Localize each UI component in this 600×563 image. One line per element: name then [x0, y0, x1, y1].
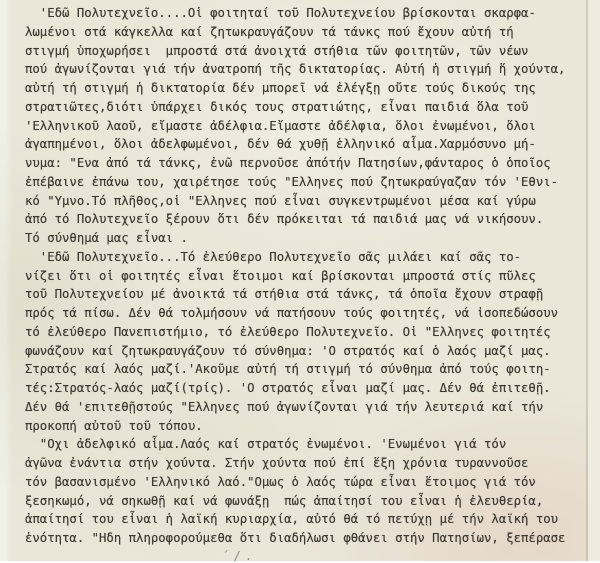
text-line: πού ἀγωνίζονται γιά τήν ἀνατροπή τῆς δικ… [25, 60, 590, 79]
text-line: ἀπό τό Πολυτεχνεῖο ξέρουν ὅτι δέν πρόκει… [25, 210, 590, 229]
text-line: ἀπαίτησί του εἶναι ἡ λαϊκή κυριαρχία, αὐ… [25, 510, 590, 529]
typewritten-text-block: 'Εδῶ Πολυτεχνεῖο....Οἱ φοιτηταί τοῦ Πολυ… [25, 4, 590, 548]
text-line: "Οχι ἀδελφικό αἷμα.Λαός καί στρατός ἐνωμ… [25, 435, 590, 454]
text-line: τοῦ Πολυτεχνείου μέ ἀνοικτά τά στήθια στ… [25, 285, 590, 304]
text-line: λωμένοι στά κάγκελλα καί ζητωκραυγάζουν … [25, 23, 590, 42]
text-line: κό "Υμνο.Τό πλῆθος,οἱ "Ελληνες πού εἶναι… [25, 192, 590, 211]
text-line: ἀγαπημένοι, ὅλοι ἀδελφωμένοι, δέν θά χυθ… [25, 135, 590, 154]
text-line: στιγμή ὑποχωρήσει μπροστά στά ἀνοιχτά στ… [25, 42, 590, 61]
scanned-document-page: 'Εδῶ Πολυτεχνεῖο....Οἱ φοιτηταί τοῦ Πολυ… [0, 0, 600, 561]
text-line: ξεσηκωμό, νά σηκωθῇ καί νά φωνάξῃ πώς ἀπ… [25, 492, 590, 511]
text-line: νίζει ὅτι οἱ φοιτητές εἶναι ἕτοιμοι καί … [25, 267, 590, 286]
text-line: πρός τά πίσω. Δέν θά τολμήσουν νά πατήσο… [25, 304, 590, 323]
cutoff-next-line-marks: ´/. [222, 549, 256, 561]
text-line: νυμα: "Ενα ἀπό τά τάνκς, ἐνῶ περνοῦσε ἀπ… [25, 154, 590, 173]
text-line: στρατιῶτες,διότι ὑπάρχει δικός τους στρα… [25, 98, 590, 117]
text-line: τόν βασανισμένο 'Ελληνικό λαό."Ομως ὁ λα… [25, 473, 590, 492]
text-line: ἐπέβαινε ἐπάνω του, χαιρέτησε τούς "Ελλη… [25, 173, 590, 192]
text-line: ἀγῶνα ἐνάντια στήν χούντα. Στήν χούντα π… [25, 454, 590, 473]
text-line: αὐτή τή στιγμή ἡ δικτατορία δέν μπορεῖ ν… [25, 79, 590, 98]
text-line: προκοπή αὐτοῦ τοῦ τόπου. [25, 417, 590, 436]
text-line: τές:Στρατός-λαός μαζί(τρίς). 'Ο στρατός … [25, 379, 590, 398]
text-line: Στρατός καί λαός μαζί.'Ακοῦμε αὐτή τή στ… [25, 360, 590, 379]
text-line: τό ἐλεύθερο Πανεπιστήμιο, τό ἐλεύθερο Πο… [25, 323, 590, 342]
text-line: Τό σύνθημά μας εἶναι . [25, 229, 590, 248]
text-line: 'Ελληνικοῦ λαοῦ, εἴμαστε ἀδέλφια.Εἴμαστε… [25, 117, 590, 136]
text-line: 'Εδῶ Πολυτεχνεῖο...Τό ἐλεύθερο Πολυτεχνε… [25, 248, 590, 267]
text-line: ἑνότητα. "Ηδη πληροφορούμεθα ὅτι διαδήλω… [25, 529, 590, 548]
text-line: 'Εδῶ Πολυτεχνεῖο....Οἱ φοιτηταί τοῦ Πολυ… [25, 4, 590, 23]
text-line: Δέν θά 'επιτεθῇστούς "Ελληνες πού ἀγωνίζ… [25, 398, 590, 417]
text-line: φωνάζουν καί ζητωκραυγάζουν τό σύνθημα: … [25, 342, 590, 361]
